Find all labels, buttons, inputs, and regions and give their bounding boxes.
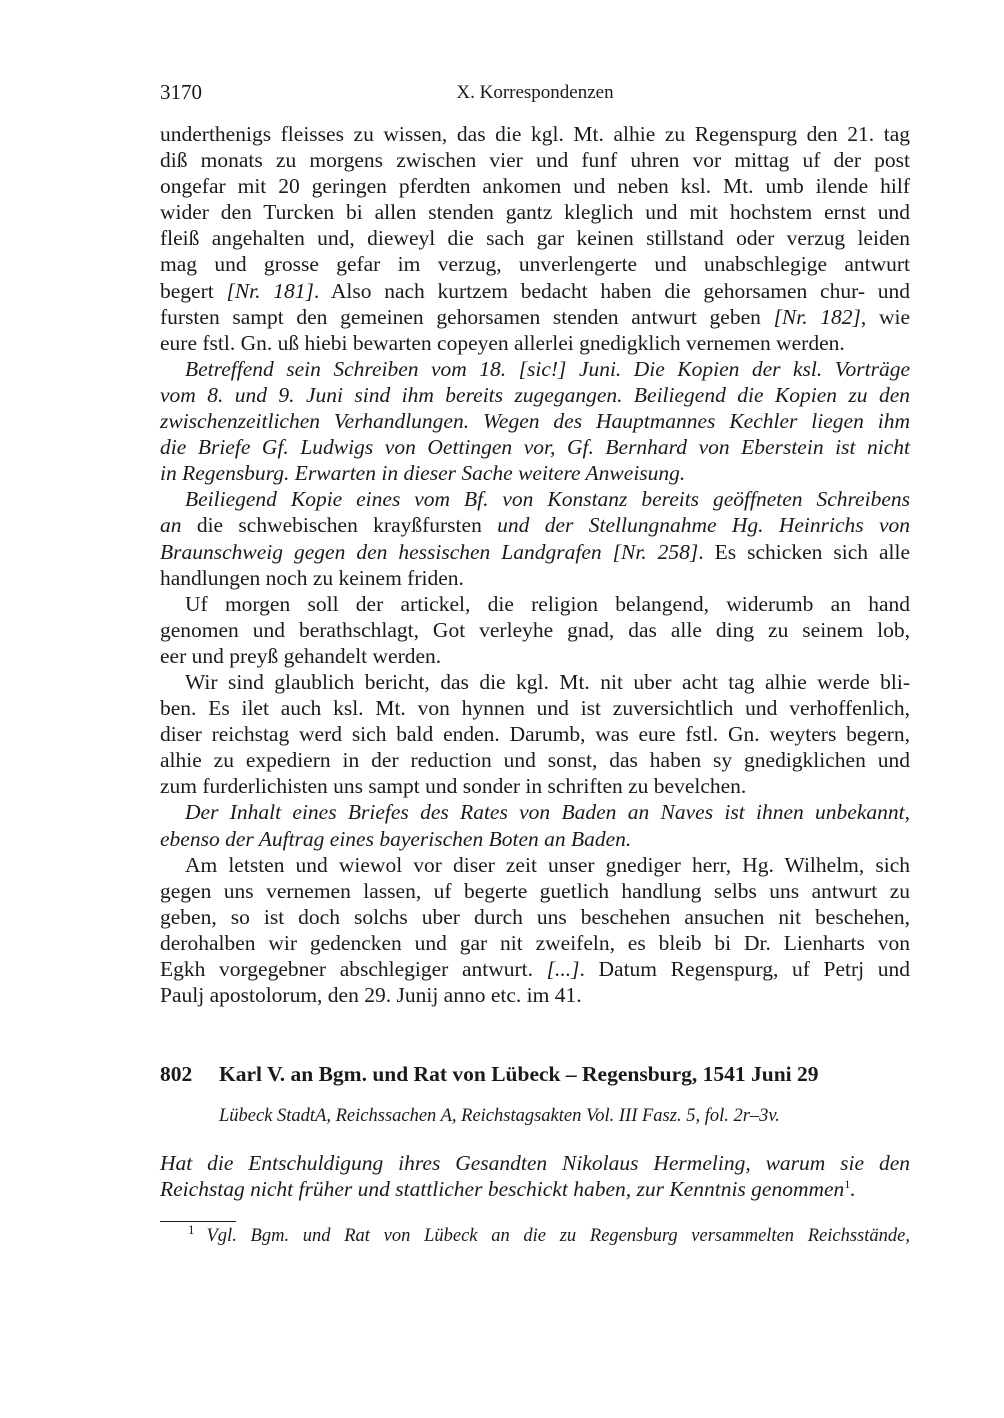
editorial-text: Braunschweig gegen den hessischen Landgr… xyxy=(160,540,698,564)
editorial-text: [Nr. 181] xyxy=(226,279,313,303)
editorial-text: Beiliegend Kopie eines vom Bf. von Konst… xyxy=(185,487,910,511)
text-line: wider den Turcken bi allen stenden gantz… xyxy=(160,199,910,225)
source-text: derohalben wir gedencken und gar nit zwe… xyxy=(160,931,910,955)
source-text: begert xyxy=(160,279,226,303)
source-text: diß monats zu morgens zwischen vier und … xyxy=(160,148,910,172)
source-text: zum furderlichisten uns sampt und sonder… xyxy=(160,774,746,798)
source-text: Uf morgen soll der artickel, die religio… xyxy=(185,592,910,616)
editorial-text: die Briefe Gf. Ludwigs von Oettingen vor… xyxy=(160,435,910,459)
text-line: Beiliegend Kopie eines vom Bf. von Konst… xyxy=(160,486,910,512)
source-text: genomen und berathschlagt, Got verleyhe … xyxy=(160,618,910,642)
source-text: handlungen noch zu keinem friden. xyxy=(160,566,464,590)
source-text: die schwebischen krayßfursten xyxy=(182,513,498,537)
text-line: gegen uns vernemen lassen, uf begerte gu… xyxy=(160,878,910,904)
text-line: Wir sind glaublich bericht, das die kgl.… xyxy=(160,669,910,695)
editorial-text: an xyxy=(160,513,182,537)
source-text: wider den Turcken bi allen stenden gantz… xyxy=(160,200,910,224)
text-line: handlungen noch zu keinem friden. xyxy=(160,565,910,591)
document-heading: 802Karl V. an Bgm. und Rat von Lübeck – … xyxy=(160,1062,910,1087)
text-line: Betreffend sein Schreiben vom 18. [sic!]… xyxy=(160,356,910,382)
text-line: Braunschweig gegen den hessischen Landgr… xyxy=(160,539,910,565)
editorial-text: Der Inhalt eines Briefes des Rates von B… xyxy=(185,800,910,824)
source-text: ben. Es ilet auch ksl. Mt. von hynnen un… xyxy=(160,696,910,720)
text-line: an die schwebischen krayßfursten und der… xyxy=(160,512,910,538)
regest: Hat die Entschuldigung ihres Gesandten N… xyxy=(160,1150,910,1202)
chapter-title: X. Korrespondenzen xyxy=(160,82,910,104)
text-line: fursten sampt den gemeinen gehorsamen st… xyxy=(160,304,910,330)
source-text: eure fstl. Gn. uß hiebi bewarten copeyen… xyxy=(160,331,845,355)
source-text: Paulj apostolorum, den 29. Junij anno et… xyxy=(160,983,582,1007)
source-text: fleiß angehalten und, dieweyl die sach g… xyxy=(160,226,910,250)
source-text: fursten sampt den gemeinen gehorsamen st… xyxy=(160,305,774,329)
text-line: Uf morgen soll der artickel, die religio… xyxy=(160,591,910,617)
text-line: underthenigs fleisses zu wissen, das die… xyxy=(160,121,910,147)
regest-line: Hat die Entschuldigung ihres Gesandten N… xyxy=(160,1150,910,1176)
text-line: Egkh vorgegebner abschlegiger antwurt. [… xyxy=(160,956,910,982)
text-line: genomen und berathschlagt, Got verleyhe … xyxy=(160,617,910,643)
editorial-text: Betreffend sein Schreiben vom 18. [sic!]… xyxy=(185,357,910,381)
text-line: ben. Es ilet auch ksl. Mt. von hynnen un… xyxy=(160,695,910,721)
footnote-mark: 1 xyxy=(188,1222,195,1237)
text-line: geben, so ist doch solchs uber durch uns… xyxy=(160,904,910,930)
footnote-text: Vgl. Bgm. und Rat von Lübeck an die zu R… xyxy=(207,1226,911,1246)
running-head: 3170 X. Korrespondenzen xyxy=(160,80,910,106)
editorial-text: ebenso der Auftrag eines bayerischen Bot… xyxy=(160,827,631,851)
text-line: diser reichstag werd sich bald enden. Da… xyxy=(160,721,910,747)
text-line: derohalben wir gedencken und gar nit zwe… xyxy=(160,930,910,956)
editorial-text: [...] xyxy=(547,957,580,981)
text-line: vom 8. und 9. Juni sind ihm bereits zuge… xyxy=(160,382,910,408)
source-text: alhie zu expediern in der reduction und … xyxy=(160,748,910,772)
source-text: geben, so ist doch solchs uber durch uns… xyxy=(160,905,910,929)
source-text: . Datum Regenspurg, uf Petrj und xyxy=(580,957,910,981)
regest-line: Reichstag nicht früher und stattlicher b… xyxy=(160,1176,910,1202)
body-text: underthenigs fleisses zu wissen, das die… xyxy=(160,121,910,1008)
source-text: gegen uns vernemen lassen, uf begerte gu… xyxy=(160,879,910,903)
footnote-divider xyxy=(160,1221,236,1222)
source-text: ongefar mit 20 geringen pferdten ankomen… xyxy=(160,174,910,198)
source-text: Am letsten und wiewol vor diser zeit uns… xyxy=(185,853,910,877)
source-text: mag und grosse gefar im verzug, unverlen… xyxy=(160,252,910,276)
text-line: alhie zu expediern in der reduction und … xyxy=(160,747,910,773)
text-line: zum furderlichisten uns sampt und sonder… xyxy=(160,773,910,799)
document-title: Karl V. an Bgm. und Rat von Lübeck – Reg… xyxy=(219,1062,819,1086)
text-line: die Briefe Gf. Ludwigs von Oettingen vor… xyxy=(160,434,910,460)
text-line: Am letsten und wiewol vor diser zeit uns… xyxy=(160,852,910,878)
text-line: begert [Nr. 181]. Also nach kurtzem beda… xyxy=(160,278,910,304)
text-line: ongefar mit 20 geringen pferdten ankomen… xyxy=(160,173,910,199)
text-line: fleiß angehalten und, dieweyl die sach g… xyxy=(160,225,910,251)
source-text: Wir sind glaublich bericht, das die kgl.… xyxy=(185,670,910,694)
editorial-text: [Nr. 182] xyxy=(774,305,861,329)
archival-source: Lübeck StadtA, Reichssachen A, Reichstag… xyxy=(219,1106,780,1127)
text-line: eure fstl. Gn. uß hiebi bewarten copeyen… xyxy=(160,330,910,356)
text-line: diß monats zu morgens zwischen vier und … xyxy=(160,147,910,173)
text-line: zwischenzeitlichen Verhandlungen. Wegen … xyxy=(160,408,910,434)
source-text: Egkh vorgegebner abschlegiger antwurt. xyxy=(160,957,547,981)
document-number: 802 xyxy=(160,1062,219,1087)
editorial-text: vom 8. und 9. Juni sind ihm bereits zuge… xyxy=(160,383,910,407)
source-text: diser reichstag werd sich bald enden. Da… xyxy=(160,722,910,746)
text-line: eer und preyß gehandelt werden. xyxy=(160,643,910,669)
text-line: in Regensburg. Erwarten in dieser Sache … xyxy=(160,460,910,486)
editorial-text: und der Stellungnahme Hg. Heinrichs von xyxy=(497,513,910,537)
source-text: underthenigs fleisses zu wissen, das die… xyxy=(160,122,910,146)
editorial-text: in Regensburg. Erwarten in dieser Sache … xyxy=(160,461,685,485)
editorial-text: zwischenzeitlichen Verhandlungen. Wegen … xyxy=(160,409,910,433)
text-line: Der Inhalt eines Briefes des Rates von B… xyxy=(160,799,910,825)
source-text: , wie xyxy=(861,305,910,329)
footnote: 1Vgl. Bgm. und Rat von Lübeck an die zu … xyxy=(188,1226,910,1247)
source-text: . Es schicken sich alle xyxy=(698,540,910,564)
source-text: . Also nach kurtzem bedacht haben die ge… xyxy=(314,279,910,303)
text-line: Paulj apostolorum, den 29. Junij anno et… xyxy=(160,982,910,1008)
text-line: ebenso der Auftrag eines bayerischen Bot… xyxy=(160,826,910,852)
text-line: mag und grosse gefar im verzug, unverlen… xyxy=(160,251,910,277)
source-text: eer und preyß gehandelt werden. xyxy=(160,644,441,668)
